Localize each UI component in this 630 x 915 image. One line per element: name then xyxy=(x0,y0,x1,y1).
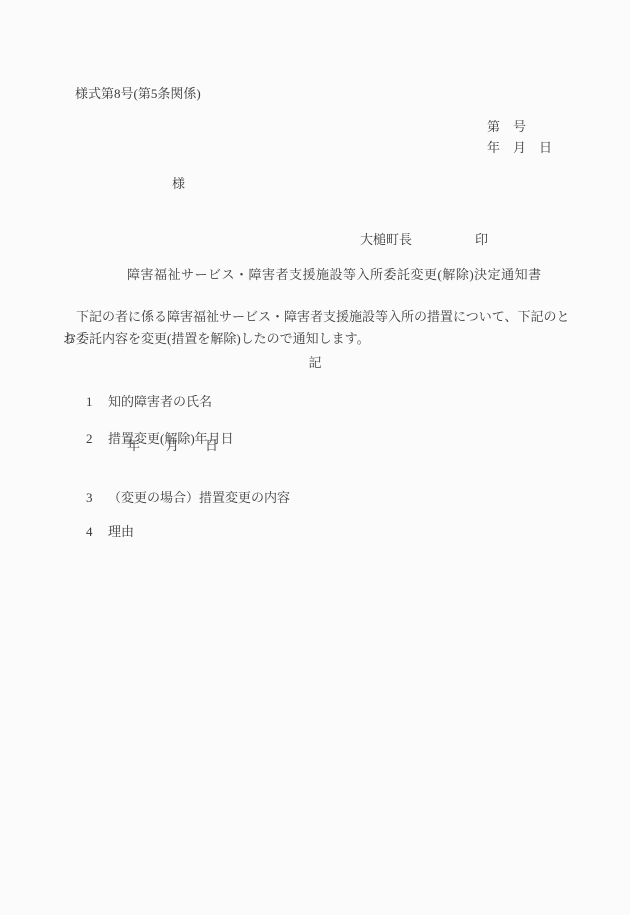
item-1-number: 1 xyxy=(86,395,108,409)
addressee-honorific: 様 xyxy=(172,177,185,191)
item-3-number: 3 xyxy=(86,491,108,505)
seal-mark: 印 xyxy=(475,233,488,247)
form-number: 様式第8号(第5条関係) xyxy=(75,87,201,101)
item-2-number: 2 xyxy=(86,432,108,446)
document-page: 様式第8号(第5条関係) 第 号 年 月 日 様 大槌町長 印 障害福祉サービス… xyxy=(0,0,630,915)
item-1: 1知的障害者の氏名 xyxy=(73,381,212,423)
item-4-label: 理由 xyxy=(108,524,134,539)
item-4-number: 4 xyxy=(86,525,108,539)
item-3-label: （変更の場合）措置変更の内容 xyxy=(108,490,290,505)
sender-title: 大槌町長 xyxy=(360,233,412,247)
item-1-label: 知的障害者の氏名 xyxy=(108,394,212,409)
issue-date-placeholder: 年 月 日 xyxy=(487,141,552,155)
body-line-2: り委託内容を変更(措置を解除)したので通知します。 xyxy=(63,328,578,350)
item-2-date-placeholder: 年 月 日 xyxy=(127,439,218,453)
item-4: 4理由 xyxy=(73,511,134,553)
document-number-placeholder: 第 号 xyxy=(487,120,526,134)
document-title: 障害福祉サービス・障害者支援施設等入所委託変更(解除)決定通知書 xyxy=(127,268,542,282)
record-heading: 記 xyxy=(0,356,630,370)
